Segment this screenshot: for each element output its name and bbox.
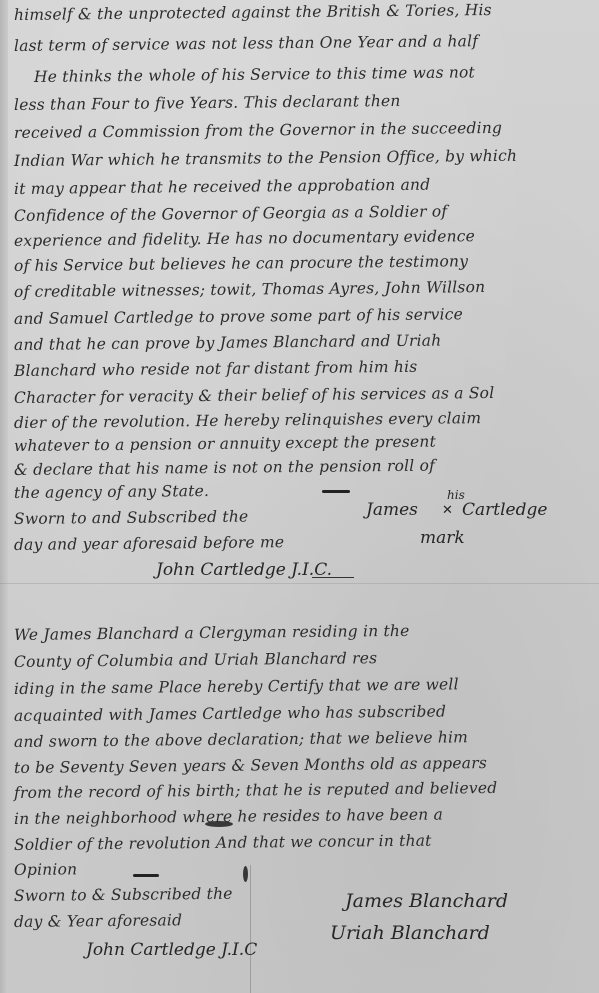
declaration-line: and that he can prove by James Blanchard… [14, 332, 442, 354]
certificate-line: to be Seventy Seven years & Seven Months… [14, 754, 487, 777]
jurat-line: Sworn to and Subscribed the [14, 508, 249, 528]
declaration-line: Character for veracity & their belief of… [14, 384, 495, 407]
declaration-line: experience and fidelity. He has no docum… [14, 227, 475, 250]
declaration-line: of his Service but believes he can procu… [14, 252, 468, 275]
certificate-line: iding in the same Place hereby Certify t… [14, 675, 459, 698]
declaration-line: & declare that his name is not on the pe… [14, 457, 435, 479]
x-mark-icon: ✕ [442, 503, 453, 518]
certificate-line: We James Blanchard a Clergyman residing … [14, 622, 410, 644]
end-dash [322, 490, 350, 493]
declaration-line: and Samuel Cartledge to prove some part … [14, 305, 463, 328]
fold-line [0, 583, 599, 584]
page-edge [0, 0, 8, 993]
declarant-first-name: James [366, 500, 418, 520]
declarant-last-name: Cartledge [462, 500, 547, 520]
ink-blot [205, 821, 233, 827]
declaration-line: Confidence of the Governor of Georgia as… [14, 202, 448, 225]
certificate-line: and sworn to the above declaration; that… [14, 728, 468, 751]
certificate-line: Soldier of the revolution And that we co… [14, 832, 432, 854]
document-page: himself & the unprotected against the Br… [0, 0, 599, 993]
jurat-line: day and year aforesaid before me [14, 533, 284, 554]
declaration-line: received a Commission from the Governor … [14, 119, 502, 142]
ink-blot [243, 866, 248, 882]
jurat-signature: John Cartledge J.I.C [86, 940, 257, 960]
declaration-line: Indian War which he transmits to the Pen… [14, 147, 517, 170]
signature-underline [312, 577, 354, 578]
declaration-line: of creditable witnesses; towit, Thomas A… [14, 278, 485, 301]
witness-signature: James Blanchard [345, 890, 508, 912]
witness-signature: Uriah Blanchard [330, 922, 490, 944]
certificate-line: acquainted with James Cartledge who has … [14, 702, 446, 725]
declaration-line: it may appear that he received the appro… [14, 176, 430, 198]
certificate-line: County of Columbia and Uriah Blanchard r… [14, 649, 377, 671]
paper-crease [250, 865, 251, 993]
certificate-line: from the record of his birth; that he is… [14, 779, 497, 802]
declaration-line: last term of service was not less than O… [14, 32, 478, 55]
declaration-line: the agency of any State. [14, 482, 209, 502]
jurat-signature: John Cartledge J.I.C. [156, 560, 332, 580]
certificate-line: Opinion [14, 860, 77, 879]
end-dash [133, 874, 159, 877]
declaration-line: Blanchard who reside not far distant fro… [14, 358, 418, 380]
declaration-line: He thinks the whole of his Service to th… [34, 63, 475, 86]
jurat-line: Sworn to & Subscribed the [14, 885, 233, 905]
mark-label-mark: mark [420, 528, 465, 548]
declaration-line: dier of the revolution. He hereby relinq… [14, 409, 481, 432]
jurat-line: day & Year aforesaid [14, 911, 182, 931]
declaration-line: himself & the unprotected against the Br… [14, 1, 492, 24]
declaration-line: less than Four to five Years. This decla… [14, 92, 401, 114]
declaration-line: whatever to a pension or annuity except … [14, 433, 436, 455]
